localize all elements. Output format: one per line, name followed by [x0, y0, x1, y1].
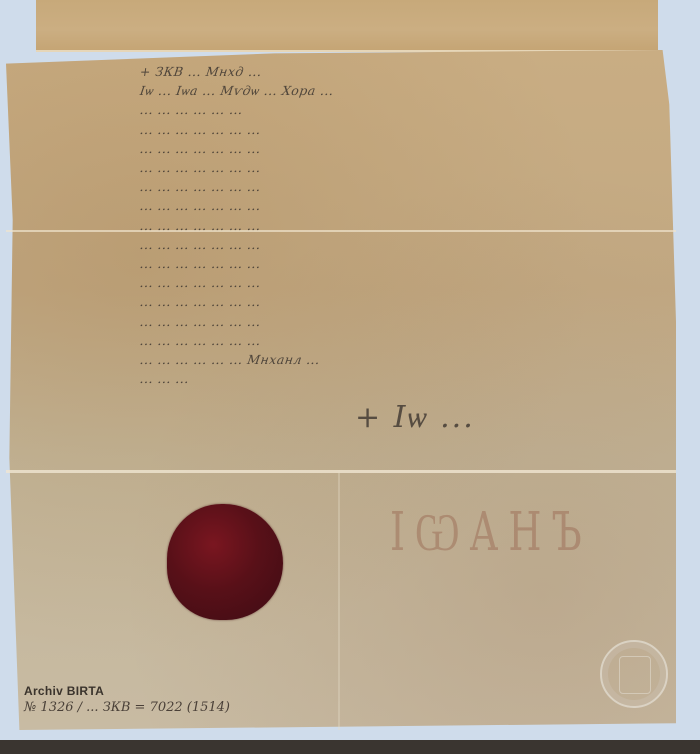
text-line: ... ... ... ... ... ... ...	[139, 158, 662, 177]
archive-label: Archiv BIRTA	[24, 684, 104, 698]
text-line: ... ... ... ... ... ... ...	[139, 139, 662, 158]
text-line: ... ... ... ... ... ... ...	[139, 292, 662, 311]
stamp-emblem-icon	[619, 656, 651, 694]
archive-reference: № 1326 / ... ЗКВ = 7022 (1514)	[24, 700, 230, 715]
text-line: ... ... ...	[139, 369, 662, 388]
fold-line	[6, 470, 676, 473]
archive-stamp-icon	[600, 640, 668, 708]
text-line: ... ... ... ... ... ... ...	[139, 312, 662, 331]
signature: + Іѡ ...	[355, 400, 475, 435]
text-line: ... ... ... ... ... ... ...	[139, 120, 662, 139]
text-line: ... ... ... ... ... ... Мнханл ...	[139, 350, 662, 369]
text-line: ... ... ... ... ... ... ...	[139, 216, 662, 235]
text-line: ... ... ... ... ... ...	[139, 100, 662, 119]
text-line: ... ... ... ... ... ... ...	[139, 196, 662, 215]
header-line: + ЗКВ ... Мнхд ...	[139, 62, 662, 81]
text-line: ... ... ... ... ... ... ...	[139, 254, 662, 273]
text-line: ... ... ... ... ... ... ...	[139, 177, 662, 196]
manuscript-text: + ЗКВ ... Мнхд ... Іѡ ... Іѡа ... Мѵдѡ .…	[140, 62, 660, 388]
text-line: ... ... ... ... ... ... ...	[139, 273, 662, 292]
text-line: Іѡ ... Іѡа ... Мѵдѡ ... Хора ...	[139, 81, 662, 100]
text-line: ... ... ... ... ... ... ...	[139, 235, 662, 254]
text-line: ... ... ... ... ... ... ...	[139, 331, 662, 350]
wax-seal	[167, 504, 283, 620]
fold-line	[338, 470, 340, 730]
folded-paper-flap	[36, 0, 658, 52]
background-edge	[0, 740, 700, 754]
bleed-through-text: ІѠАНЪ	[390, 501, 592, 564]
